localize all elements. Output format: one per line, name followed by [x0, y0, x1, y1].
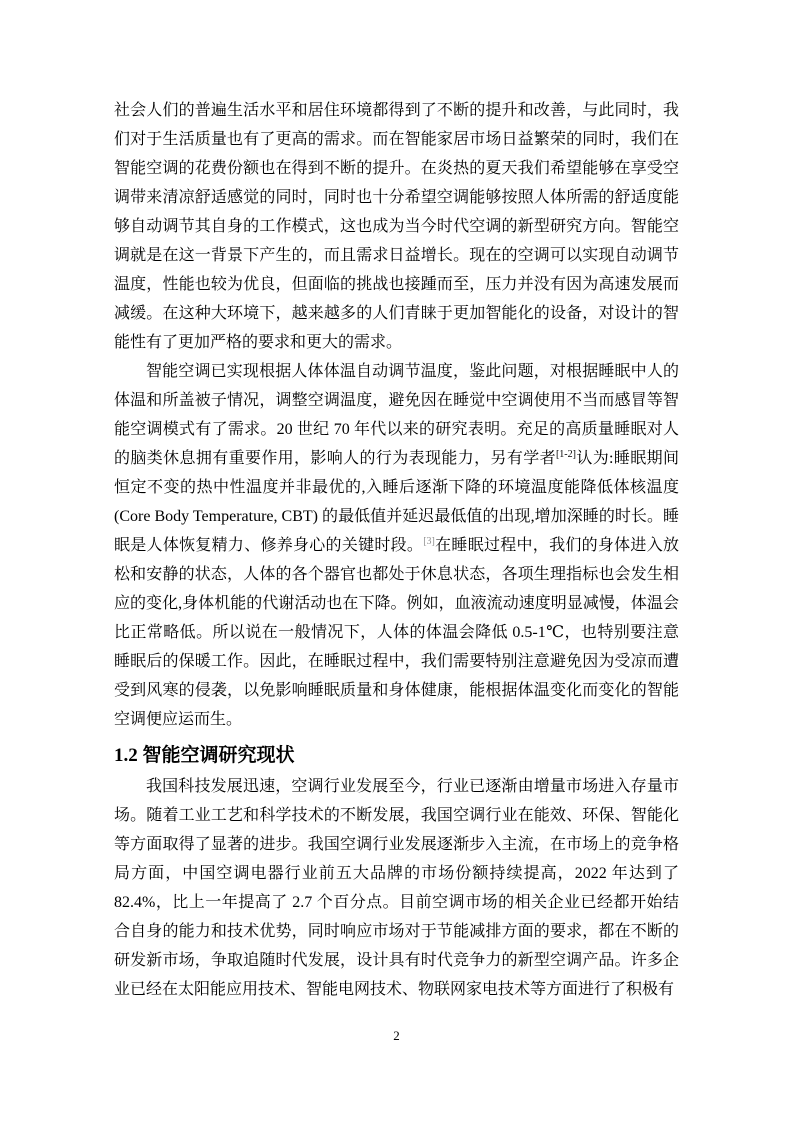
citation-ref-3: [3] — [423, 536, 435, 547]
paragraph-sleep-research: 智能空调已实现根据人体体温自动调节温度，鉴此问题，对根据睡眠中人的体温和所盖被子… — [114, 357, 679, 734]
page-number: 2 — [0, 1028, 793, 1044]
paragraph-intro-continuation: 社会人们的普遍生活水平和居住环境都得到了不断的提升和改善，与此同时，我们对于生活… — [114, 96, 679, 357]
section-heading-1-2: 1.2 智能空调研究现状 — [114, 742, 679, 770]
document-page: 社会人们的普遍生活水平和居住环境都得到了不断的提升和改善，与此同时，我们对于生活… — [0, 0, 793, 1122]
page-body-text: 社会人们的普遍生活水平和居住环境都得到了不断的提升和改善，与此同时，我们对于生活… — [114, 96, 679, 1004]
paragraph-segment: 在睡眠过程中，我们的身体进入放松和安静的状态，人体的各个器官也都处于休息状态，各… — [114, 537, 679, 728]
paragraph-industry-status: 我国科技发展迅速，空调行业发展至今，行业已逐渐由增量市场进入存量市场。随着工业工… — [114, 772, 679, 1004]
citation-ref-1-2: [1-2] — [556, 449, 576, 460]
